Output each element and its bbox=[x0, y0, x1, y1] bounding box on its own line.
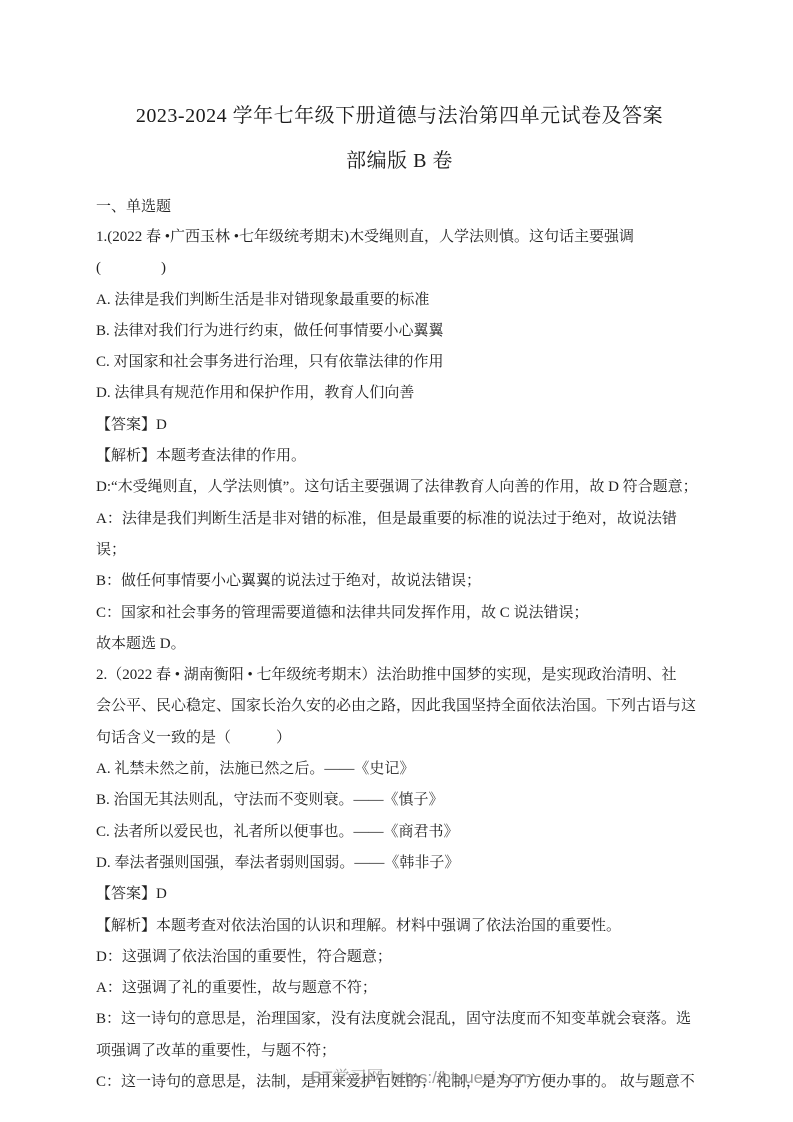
explanation-line: B：做任何事情要小心翼翼的说法过于绝对，故说法错误； bbox=[96, 566, 703, 597]
explanation-line: A：这强调了礼的重要性，故与题意不符； bbox=[96, 973, 703, 1004]
question-stem-line: 句话含义一致的是（ ） bbox=[96, 723, 703, 754]
explanation-line: D:“木受绳则直，人学法则慎”。这句话主要强调了法律教育人向善的作用，故 D 符… bbox=[96, 472, 703, 503]
explanation-line: 【解析】本题考查对依法治国的认识和理解。材料中强调了依法治国的重要性。 bbox=[96, 911, 703, 942]
explanation-line: D：这强调了依法治国的重要性，符合题意； bbox=[96, 942, 703, 973]
section-heading: 一、单选题 bbox=[96, 194, 703, 220]
document-title: 2023-2024 学年七年级下册道德与法治第四单元试卷及答案 部编版 B 卷 bbox=[96, 94, 703, 184]
explanation-line: A：法律是我们判断生活是非对错的标准，但是最重要的标准的说法过于绝对，故说法错误… bbox=[96, 504, 703, 567]
answer-line: 【答案】D bbox=[96, 879, 703, 910]
page-footer: BT学习网https://btxuexi.com bbox=[0, 1066, 793, 1090]
document-title-line2: 部编版 B 卷 bbox=[96, 139, 703, 184]
option-line: B. 治国无其法则乱，守法而不变则衰。——《慎子》 bbox=[96, 785, 703, 816]
explanation-line: 故本题选 D。 bbox=[96, 629, 703, 660]
footer-url-link[interactable]: https://btxuexi.com bbox=[391, 1068, 533, 1087]
option-line: D. 奉法者强则国强，奉法者弱则国弱。——《韩非子》 bbox=[96, 848, 703, 879]
option-line: D. 法律具有规范作用和保护作用，教育人们向善 bbox=[96, 378, 703, 409]
footer-site-name: BT学习网 bbox=[311, 1068, 384, 1087]
option-line: B. 法律对我们行为进行约束，做任何事情要小心翼翼 bbox=[96, 316, 703, 347]
explanation-line: 项强调了改革的重要性，与题不符； bbox=[96, 1036, 703, 1067]
explanation-line: 【解析】本题考查法律的作用。 bbox=[96, 441, 703, 472]
questions-container: 1.(2022 春 •广西玉林 •七年级统考期末)木受绳则直，人学法则慎。这句话… bbox=[96, 222, 703, 1098]
question-block: 1.(2022 春 •广西玉林 •七年级统考期末)木受绳则直，人学法则慎。这句话… bbox=[96, 222, 703, 660]
document-title-line1: 2023-2024 学年七年级下册道德与法治第四单元试卷及答案 bbox=[96, 94, 703, 139]
option-line: A. 法律是我们判断生活是非对错现象最重要的标准 bbox=[96, 285, 703, 316]
option-line: C. 法者所以爱民也，礼者所以便事也。——《商君书》 bbox=[96, 817, 703, 848]
answer-line: 【答案】D bbox=[96, 410, 703, 441]
question-stem-line: 会公平、民心稳定、国家长治久安的必由之路，因此我国坚持全面依法治国。下列古语与这 bbox=[96, 691, 703, 722]
question-stem-line: 2.（2022 春 • 湖南衡阳 • 七年级统考期末）法治助推中国梦的实现，是实… bbox=[96, 660, 703, 691]
explanation-line: B：这一诗句的意思是，治理国家，没有法度就会混乱，固守法度而不知变革就会衰落。选 bbox=[96, 1004, 703, 1035]
option-line: C. 对国家和社会事务进行治理，只有依靠法律的作用 bbox=[96, 347, 703, 378]
question-block: 2.（2022 春 • 湖南衡阳 • 七年级统考期末）法治助推中国梦的实现，是实… bbox=[96, 660, 703, 1098]
exam-document-page: 2023-2024 学年七年级下册道德与法治第四单元试卷及答案 部编版 B 卷 … bbox=[0, 0, 793, 1122]
option-line: A. 礼禁未然之前，法施已然之后。——《史记》 bbox=[96, 754, 703, 785]
question-stem-line: 1.(2022 春 •广西玉林 •七年级统考期末)木受绳则直，人学法则慎。这句话… bbox=[96, 222, 703, 285]
explanation-line: C：国家和社会事务的管理需要道德和法律共同发挥作用，故 C 说法错误； bbox=[96, 598, 703, 629]
